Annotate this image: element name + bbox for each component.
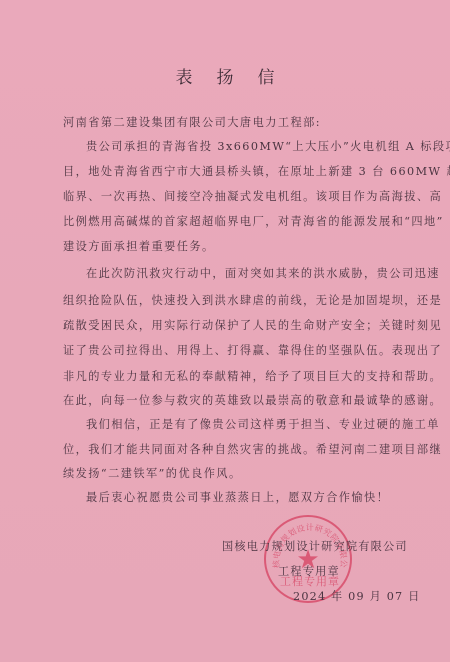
paragraph-1-line-2: 目，地处青海省西宁市大通县桥头镇，在原址上新建 3 台 660MW 超超 — [63, 165, 393, 179]
paragraph-2-line-6: 在此，向每一位参与救灾的英雄致以最崇高的敬意和最诚挚的感谢。 — [63, 394, 393, 408]
paragraph-1-line-4: 比例燃用高碱煤的首家超超临界电厂，对青海省的能源发展和“四地” — [63, 215, 393, 229]
paragraph-3-line-3: 续发扬“二建铁军”的优良作风。 — [63, 467, 393, 481]
letter-page: 表扬信 河南省第二建设集团有限公司大唐电力工程部: 贵公司承担的青海省投 3x6… — [0, 0, 450, 662]
paragraph-3-line-1: 我们相信，正是有了像贵公司这样勇于担当、专业过硬的施工单 — [86, 418, 416, 432]
salutation: 河南省第二建设集团有限公司大唐电力工程部: — [63, 116, 393, 130]
paragraph-1-line-3: 临界、一次再热、间接空冷抽凝式发电机组。该项目作为高海拔、高 — [63, 190, 393, 204]
paragraph-2-line-1: 在此次防汛救灾行动中，面对突如其来的洪水威胁，贵公司迅速 — [86, 267, 416, 281]
paragraph-3-line-2: 位，我们才能共同面对各种自然灾害的挑战。希望河南二建项目部继 — [63, 443, 393, 457]
letter-title: 表扬信 — [0, 63, 450, 88]
paragraph-1-line-1: 贵公司承担的青海省投 3x660MW“上大压小”火电机组 A 标段项 — [86, 140, 416, 154]
paragraph-2-line-4: 证了贵公司拉得出、用得上、打得赢、靠得住的坚强队伍。表现出了 — [63, 344, 393, 358]
signature-seal-label: 工程专用章 — [278, 565, 340, 579]
paragraph-1-line-5: 建设方面承担着重要任务。 — [63, 240, 393, 254]
paragraph-2-line-3: 疏散受困民众，用实际行动保护了人民的生命财产安全；关键时刻见 — [63, 319, 393, 333]
paragraph-4-line-1: 最后衷心祝愿贵公司事业蒸蒸日上，愿双方合作愉快！ — [86, 491, 416, 505]
signature-organization: 国核电力规划设计研究院有限公司 — [222, 540, 408, 554]
paragraph-2-line-2: 组织抢险队伍，快速投入到洪水肆虐的前线，无论是加固堤坝，还是 — [63, 294, 393, 308]
signature-date: 2024 年 09 月 07 日 — [293, 590, 421, 604]
paragraph-2-line-5: 非凡的专业力量和无私的奉献精神，给予了项目巨大的支持和帮助。 — [63, 370, 393, 384]
